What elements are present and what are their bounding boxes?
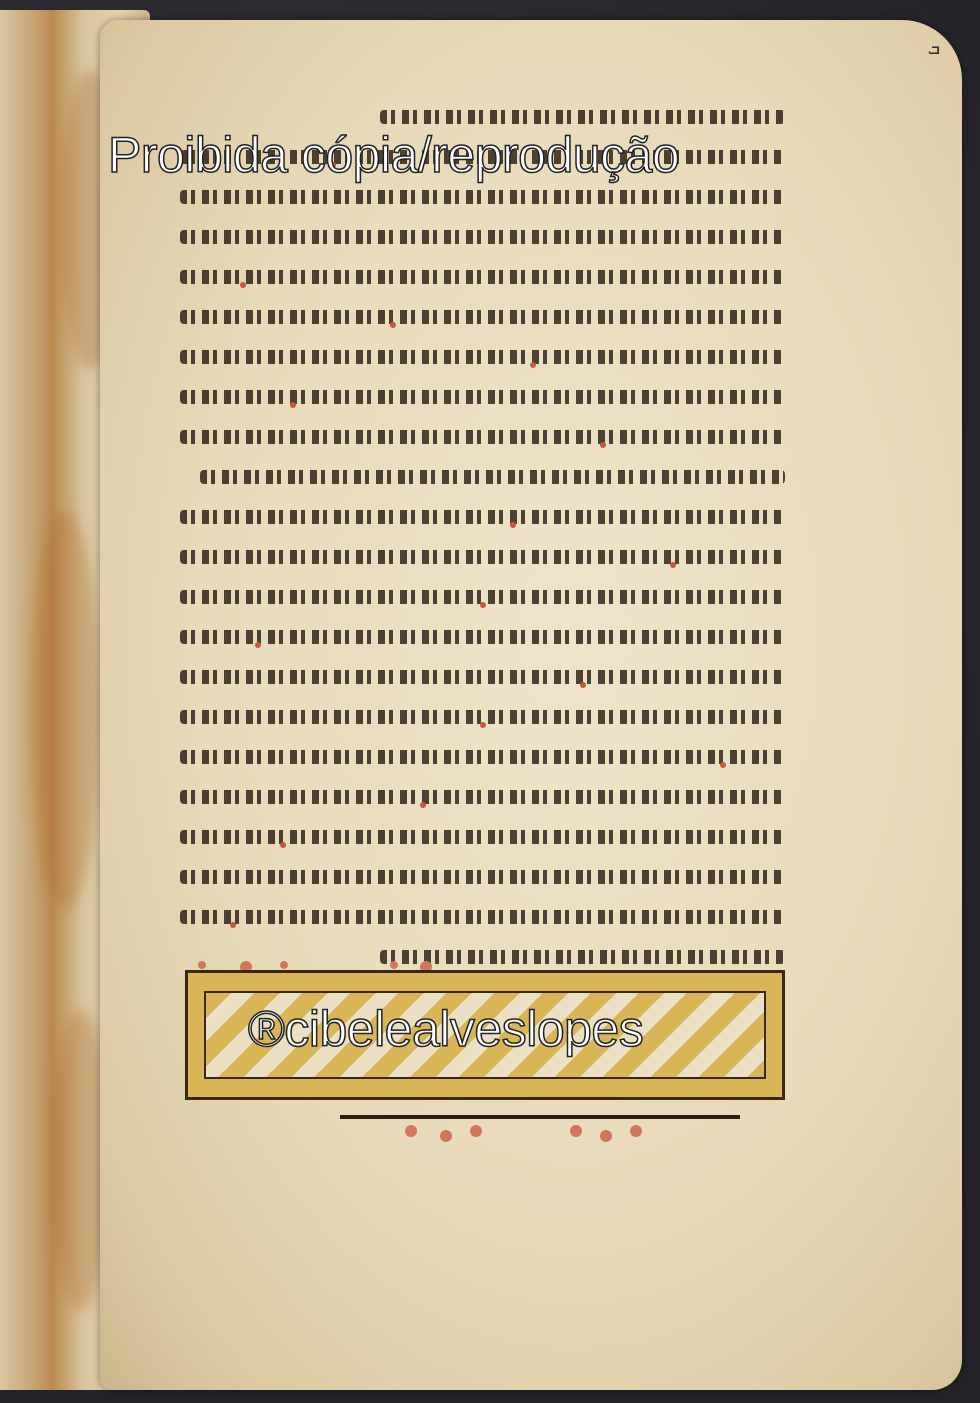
ornament-dot xyxy=(198,961,206,969)
text-line xyxy=(180,500,785,536)
text-line xyxy=(180,700,785,736)
ornament-dot xyxy=(440,1130,452,1142)
ornament-dot xyxy=(570,1125,582,1137)
text-line xyxy=(180,420,785,456)
folio-number: ܒ xyxy=(928,38,940,59)
watermark-copy-prohibited: Proibida cópia/reprodução xyxy=(108,126,679,184)
text-line xyxy=(180,660,785,696)
ornament-dot xyxy=(630,1125,642,1137)
ornament-dot xyxy=(470,1125,482,1137)
ornament-dot xyxy=(390,961,398,969)
text-line xyxy=(180,300,785,336)
stain xyxy=(30,510,100,910)
text-line xyxy=(180,620,785,656)
text-line xyxy=(180,260,785,296)
ornament-dot xyxy=(405,1125,417,1137)
text-line xyxy=(180,380,785,416)
ornament-tail-line xyxy=(340,1115,740,1119)
text-line xyxy=(180,780,785,816)
syriac-text-block xyxy=(180,100,785,980)
text-line xyxy=(180,220,785,256)
watermark-copyright-owner: ®cibelealveslopes xyxy=(248,1000,643,1058)
text-line xyxy=(180,460,785,496)
text-line xyxy=(180,740,785,776)
ornament-dot xyxy=(600,1130,612,1142)
text-line xyxy=(180,580,785,616)
text-line xyxy=(180,540,785,576)
text-line xyxy=(180,180,785,216)
text-line xyxy=(180,340,785,376)
text-line xyxy=(180,900,785,936)
text-line xyxy=(180,820,785,856)
ornament-dot xyxy=(280,961,288,969)
text-line xyxy=(180,860,785,896)
